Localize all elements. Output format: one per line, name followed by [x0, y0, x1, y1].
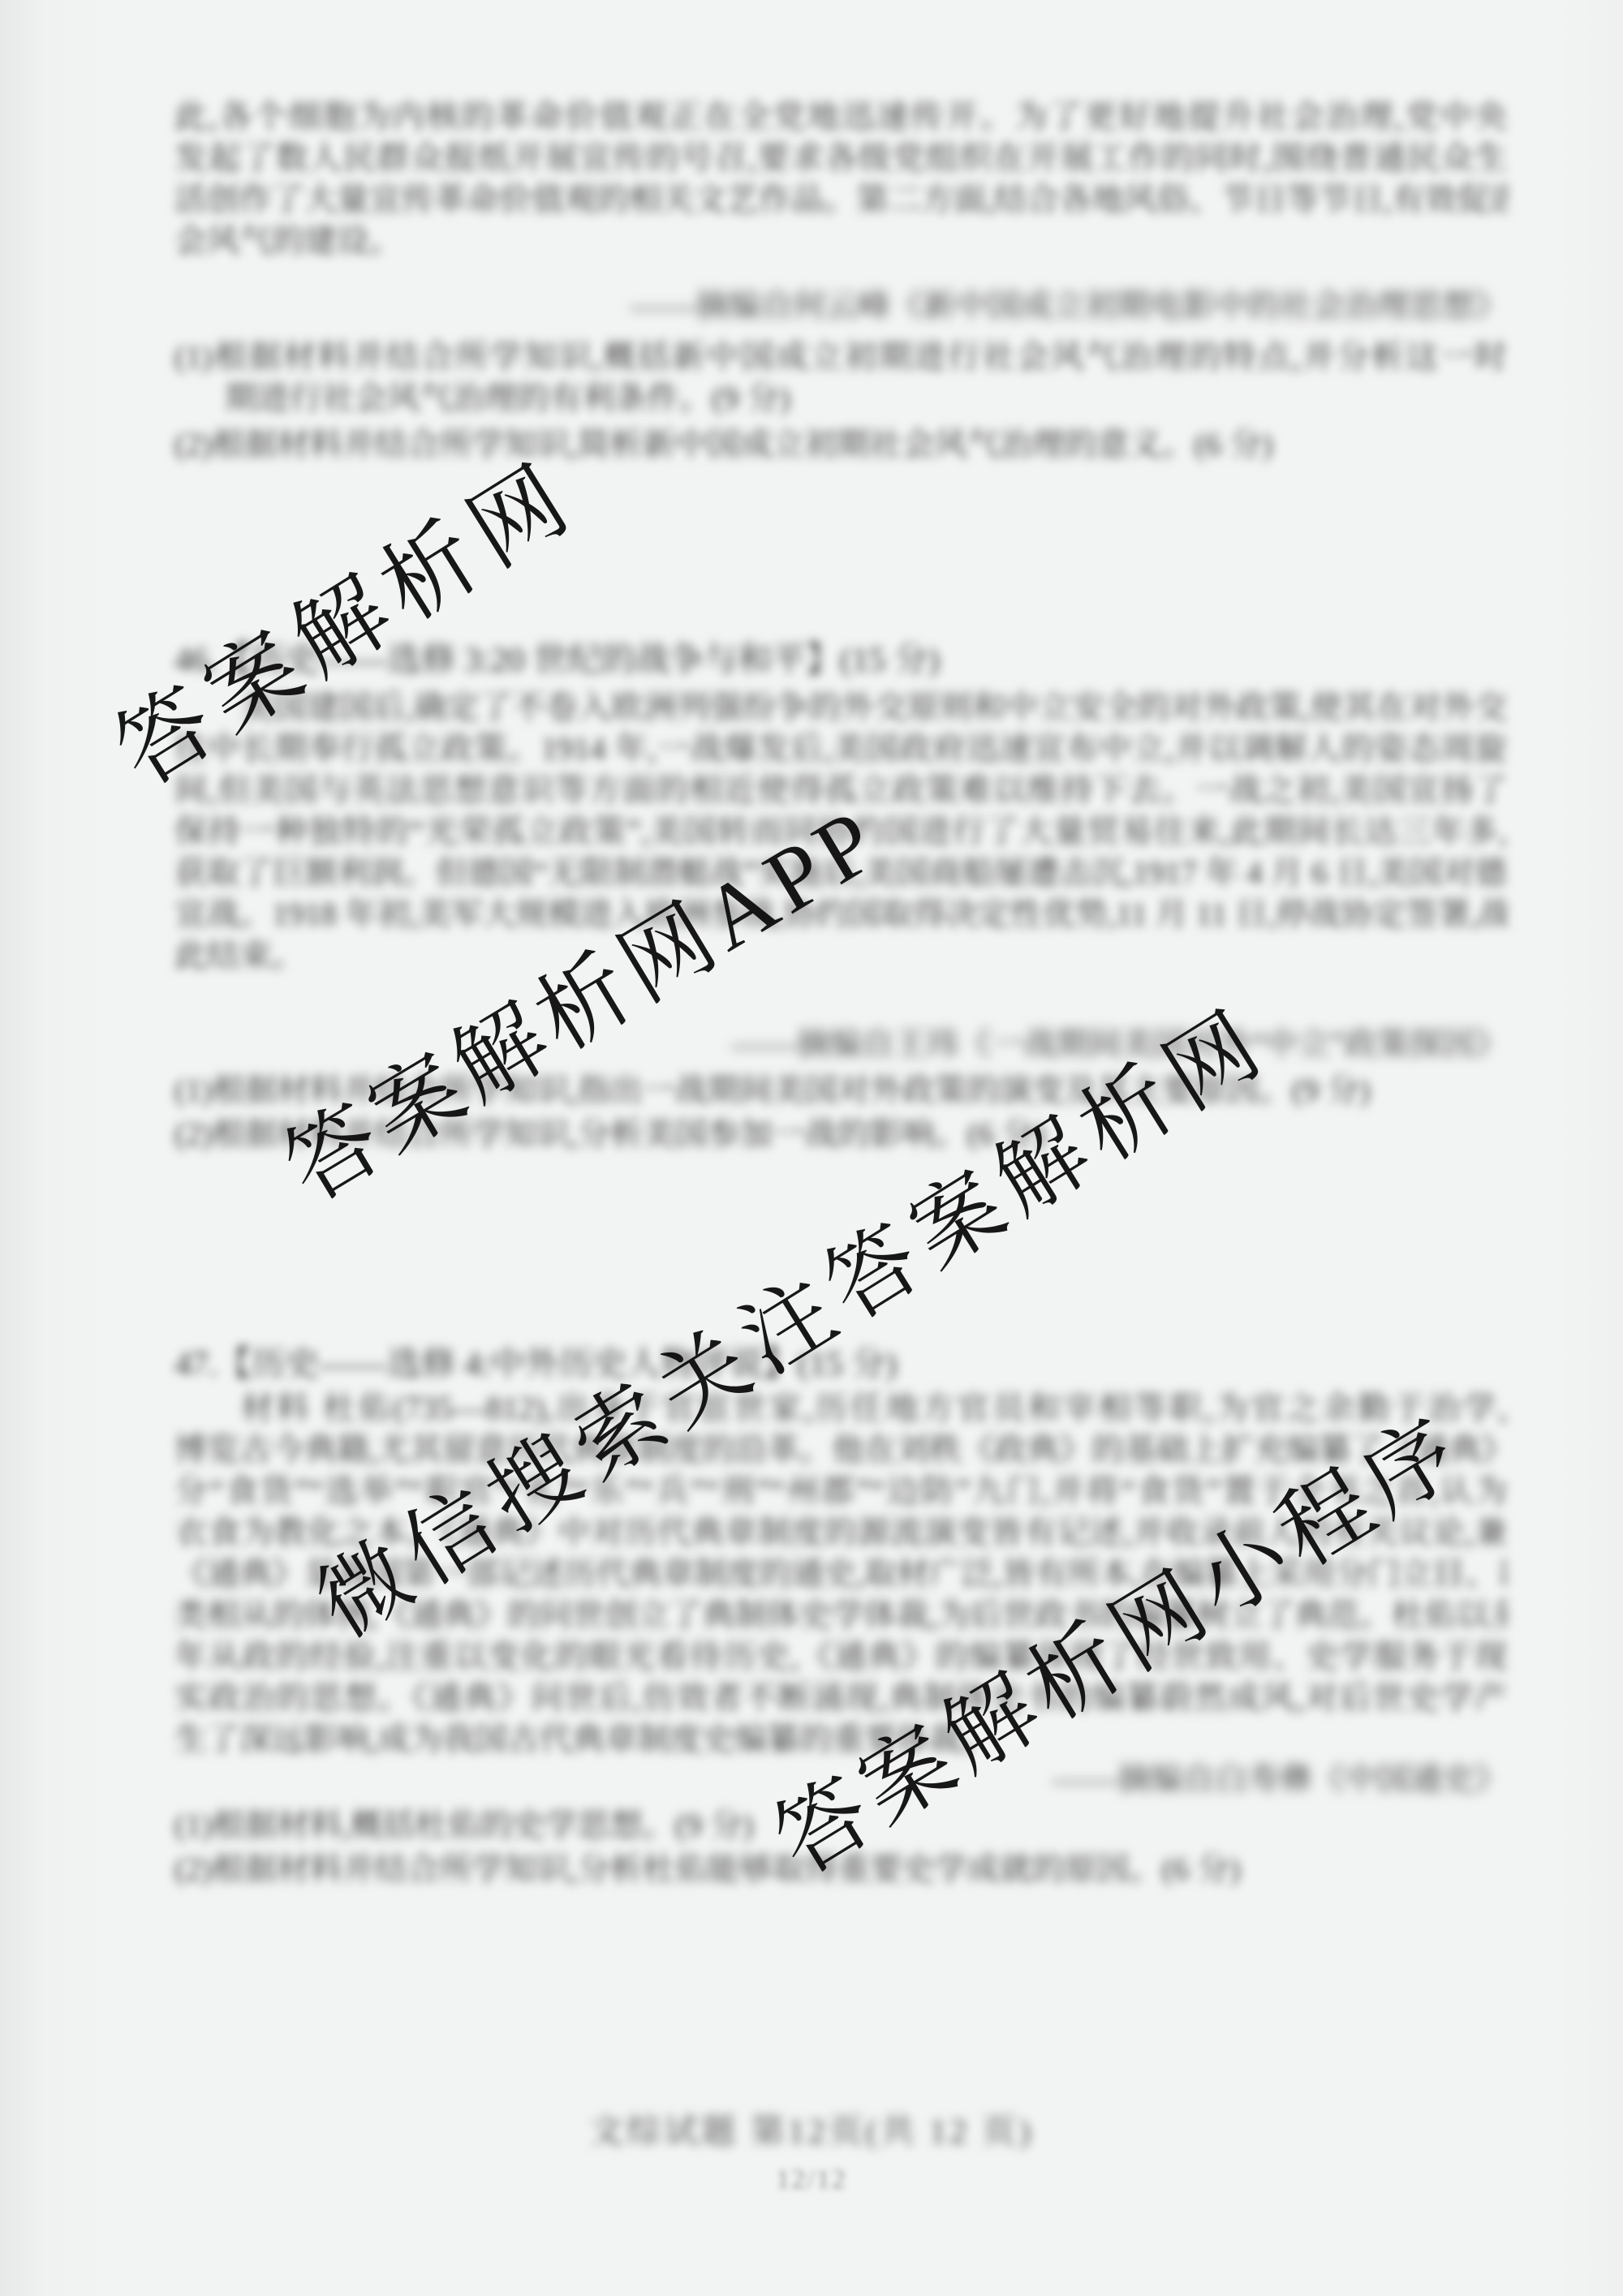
text-line: 此,各个细胞为内核的革命价值观正在全党地迅速传开。为了更好地提升社会治理,党中央 [174, 96, 1507, 137]
text-line: 实政治的思想。《通典》问世后,仿效者不断涌现,典制体史书的编纂蔚然成风,对后世史… [174, 1677, 1507, 1718]
q45-source-citation: ——摘编自何云峰《新中国成立初期电影中的社会治理思想》 [174, 286, 1507, 326]
text-line: 活创作了大量宣传革命价值观的相关文艺作品。第二方面,结合各地风俗、节日等节日,有… [174, 178, 1507, 220]
text-line: 材料 杜佑(735—812),出身于官宦世家,历任地方官员和宰相等职,为官之余勤… [174, 1387, 1507, 1429]
q45-subquestion-2: (2)根据材料并结合所学知识,简析新中国成立初期社会风气治理的意义。(6 分) [174, 424, 1507, 465]
footer-document-title: 文综试题 第12页(共 12 页) [0, 2105, 1623, 2153]
text-line: 此结束。 [174, 935, 1507, 976]
text-line: (1)根据材料并结合所学知识,概括新中国成立初期进行社会风气治理的特点,并分析这… [174, 336, 1507, 377]
text-line: 会风气的建设。 [174, 220, 1507, 261]
scanned-exam-page: 此,各个细胞为内核的革命价值观正在全党地迅速传开。为了更好地提升社会治理,党中央… [0, 0, 1623, 2296]
text-line: 期进行社会风气治理的有利条件。(9 分) [174, 377, 1507, 419]
q45-subquestion-1: (1)根据材料并结合所学知识,概括新中国成立初期进行社会风气治理的特点,并分析这… [174, 336, 1507, 419]
text-line: 美国建国后,确定了不卷入欧洲列强纷争的外交原则和中立安全的对外政策,使其在对外交 [174, 686, 1507, 728]
q45-continuation-paragraph: 此,各个细胞为内核的革命价值观正在全党地迅速传开。为了更好地提升社会治理,党中央… [174, 96, 1507, 261]
footer-page-indicator: 12/12 [0, 2165, 1623, 2195]
text-line: 往中长期奉行孤立政策。1914 年,一战爆发后,美国政府迅速宣布中立,并以调解人… [174, 728, 1507, 769]
text-line: 发起了数人民群众报纸开展宣传的号召,要求各级党组织在开展工作的同时,围绕普通民众… [174, 137, 1507, 178]
text-line: (2)根据材料并结合所学知识,简析新中国成立初期社会风气治理的意义。(6 分) [174, 424, 1507, 465]
